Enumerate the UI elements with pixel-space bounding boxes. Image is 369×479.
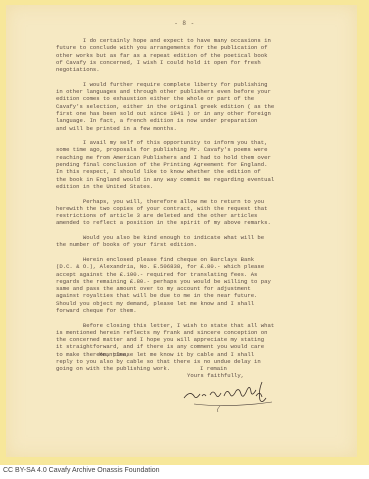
letter-body: I do certainly hope and expect to have m… <box>56 37 326 380</box>
paragraph-return-contract: Perhaps, you will, therefore allow me to… <box>56 198 326 227</box>
paragraph-repeat-edition: I do certainly hope and expect to have m… <box>56 37 326 73</box>
salutation: Meantime, <box>99 351 129 358</box>
paragraph-cheque: Herein enclosed please find cheque on Ba… <box>56 256 326 314</box>
handwritten-signature <box>180 378 280 412</box>
paragraph-american-publishers: I avail my self of this opportunity to i… <box>56 139 326 190</box>
paragraph-closing-statement: Before closing this letter, I wish to st… <box>56 322 326 373</box>
closing-line-remain: I remain <box>200 365 227 372</box>
paragraph-publishing-liberty: I would further require complete liberty… <box>56 81 326 132</box>
copyright-credit: CC BY-SA 4.0 Cavafy Archive Onassis Foun… <box>3 467 160 474</box>
page-number: - 8 - <box>0 20 369 27</box>
paragraph-first-edition: Would you also be kind enough to indicat… <box>56 234 326 249</box>
